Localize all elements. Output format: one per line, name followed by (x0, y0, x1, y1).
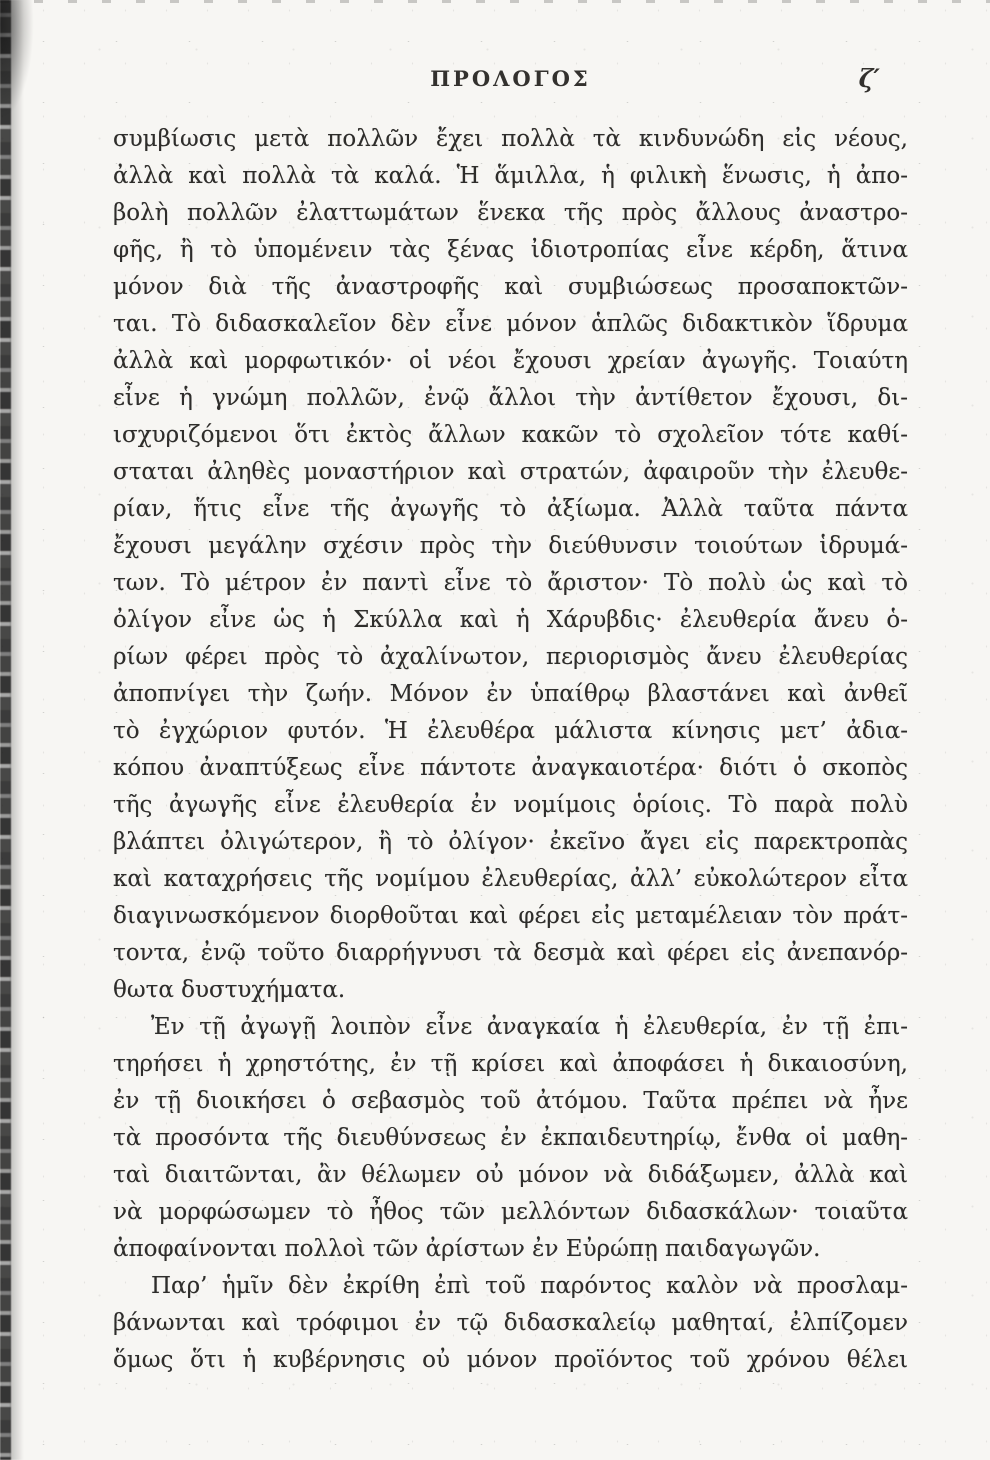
text-line-14: ὀλίγον εἶνε ὡς ἡ Σκύλλα καὶ ἡ Χάρυβδις· … (113, 602, 908, 639)
text-line-24: θωτα δυστυχήματα. (113, 972, 908, 1009)
text-line-25: Ἐν τῇ ἀγωγῇ λοιπὸν εἶνε ἀναγκαία ἡ ἐλευθ… (113, 1009, 908, 1046)
text-line-6: ται. Τὸ διδασκαλεῖον δὲν εἶνε μόνον ἁπλῶ… (113, 306, 908, 343)
text-line-32: Παρ’ ἡμῖν δὲν ἐκρίθη ἐπὶ τοῦ παρόντος κα… (113, 1268, 908, 1305)
text-line-2: ἀλλὰ καὶ πολλὰ τὰ καλά. Ἡ ἅμιλλα, ἡ φιλι… (113, 158, 908, 195)
text-line-34: ὅμως ὅτι ἡ κυβέρνησις οὐ μόνον προϊόντος… (113, 1342, 908, 1379)
text-line-8: εἶνε ἡ γνώμη πολλῶν, ἐνῷ ἄλλοι τὴν ἀντίθ… (113, 380, 908, 417)
scan-top-edge-artifact (0, 0, 990, 3)
text-line-9: ισχυριζόμενοι ὅτι ἐκτὸς ἄλλων κακῶν τὸ σ… (113, 417, 908, 454)
text-line-30: νὰ μορφώσωμεν τὸ ἦθος τῶν μελλόντων διδα… (113, 1194, 908, 1231)
page-header: ΠΡΟΛΟΓΟΣ ζ′ (113, 66, 908, 98)
text-line-33: βάνωνται καὶ τρόφιμοι ἐν τῷ διδασκαλείῳ … (113, 1305, 908, 1342)
text-line-15: ρίων φέρει πρὸς τὸ ἀχαλίνωτον, περιορισμ… (113, 639, 908, 676)
text-line-19: τῆς ἀγωγῆς εἶνε ἐλευθερία ἐν νομίμοις ὁρ… (113, 787, 908, 824)
text-line-26: τηρήσει ἡ χρηστότης, ἐν τῇ κρίσει καὶ ἀπ… (113, 1046, 908, 1083)
text-line-29: ταὶ διαιτῶνται, ἂν θέλωμεν οὐ μόνον νὰ δ… (113, 1157, 908, 1194)
text-line-31: ἀποφαίνονται πολλοὶ τῶν ἀρίστων ἐν Εὐρώπ… (113, 1231, 908, 1268)
text-line-18: κόπου ἀναπτύξεως εἶνε πάντοτε ἀναγκαιοτέ… (113, 750, 908, 787)
body-text: συμβίωσις μετὰ πολλῶν ἔχει πολλὰ τὰ κινδ… (113, 121, 908, 1379)
text-line-3: βολὴ πολλῶν ἐλαττωμάτων ἕνεκα τῆς πρὸς ἄ… (113, 195, 908, 232)
text-line-1: συμβίωσις μετὰ πολλῶν ἔχει πολλὰ τὰ κινδ… (113, 121, 908, 158)
text-line-5: μόνον διὰ τῆς ἀναστροφῆς καὶ συμβιώσεως … (113, 269, 908, 306)
text-line-7: ἀλλὰ καὶ μορφωτικόν· οἱ νέοι ἔχουσι χρεί… (113, 343, 908, 380)
text-line-10: σταται ἀληθὲς μοναστήριον καὶ στρατών, ἀ… (113, 454, 908, 491)
text-line-28: τὰ προσόντα τῆς διευθύνσεως ἐν ἐκπαιδευτ… (113, 1120, 908, 1157)
text-line-17: τὸ ἐγχώριον φυτόν. Ἡ ἐλευθέρα μάλιστα κί… (113, 713, 908, 750)
text-line-21: καὶ καταχρήσεις τῆς νομίμου ἐλευθερίας, … (113, 861, 908, 898)
text-line-20: βλάπτει ὀλιγώτερον, ἢ τὸ ὀλίγον· ἐκεῖνο … (113, 824, 908, 861)
scan-corner-blot (0, 0, 34, 120)
text-line-11: ρίαν, ἥτις εἶνε τῆς ἀγωγῆς τὸ ἀξίωμα. Ἀλ… (113, 491, 908, 528)
scan-gutter-edge-artifact (0, 0, 11, 1460)
text-line-23: τοντα, ἐνῷ τοῦτο διαρρήγνυσι τὰ δεσμὰ κα… (113, 935, 908, 972)
text-line-16: ἀποπνίγει τὴν ζωήν. Μόνον ἐν ὑπαίθρῳ βλα… (113, 676, 908, 713)
text-line-12: ἔχουσι μεγάλην σχέσιν πρὸς τὴν διεύθυνσι… (113, 528, 908, 565)
text-line-13: των. Τὸ μέτρον ἐν παντὶ εἶνε τὸ ἄριστον·… (113, 565, 908, 602)
text-line-22: διαγινωσκόμενον διορθοῦται καὶ φέρει εἰς… (113, 898, 908, 935)
page-number: ζ′ (859, 64, 880, 93)
text-line-27: ἐν τῇ διοικήσει ὁ σεβασμὸς τοῦ ἀτόμου. Τ… (113, 1083, 908, 1120)
text-line-4: φῆς, ἢ τὸ ὑπομένειν τὰς ξένας ἰδιοτροπία… (113, 232, 908, 269)
page-header-title: ΠΡΟΛΟΓΟΣ (113, 66, 908, 91)
